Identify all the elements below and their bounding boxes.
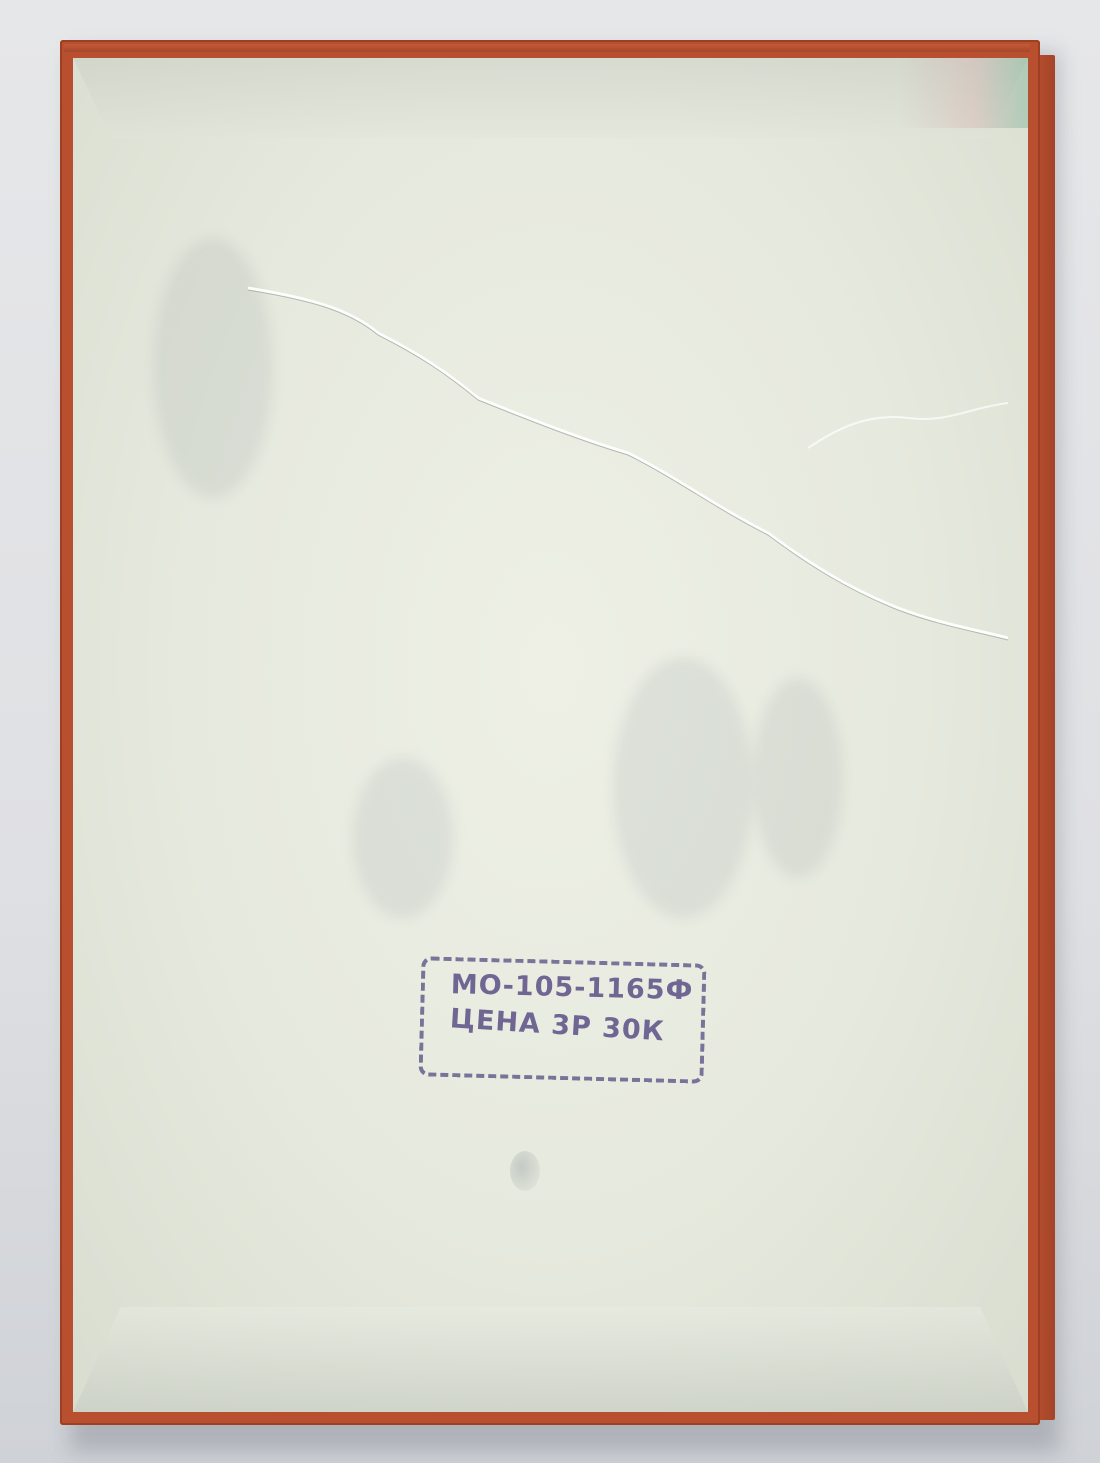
price-stamp: МО-105-1165Ф ЦЕНА 3Р 30К: [418, 956, 706, 1083]
smudge: [353, 758, 453, 918]
paper-cover: [73, 58, 1028, 1412]
paper-dent: [510, 1151, 540, 1191]
color-tint-corner: [898, 58, 1028, 128]
paper-top-fold: [73, 58, 1028, 138]
paper-crease: [248, 278, 1008, 658]
box-top-edge: [64, 44, 1030, 52]
smudge: [613, 658, 753, 918]
smudge: [753, 678, 843, 878]
paper-bottom-fold: [73, 1307, 1028, 1412]
stamp-code: МО-105-1165Ф: [450, 969, 693, 1006]
